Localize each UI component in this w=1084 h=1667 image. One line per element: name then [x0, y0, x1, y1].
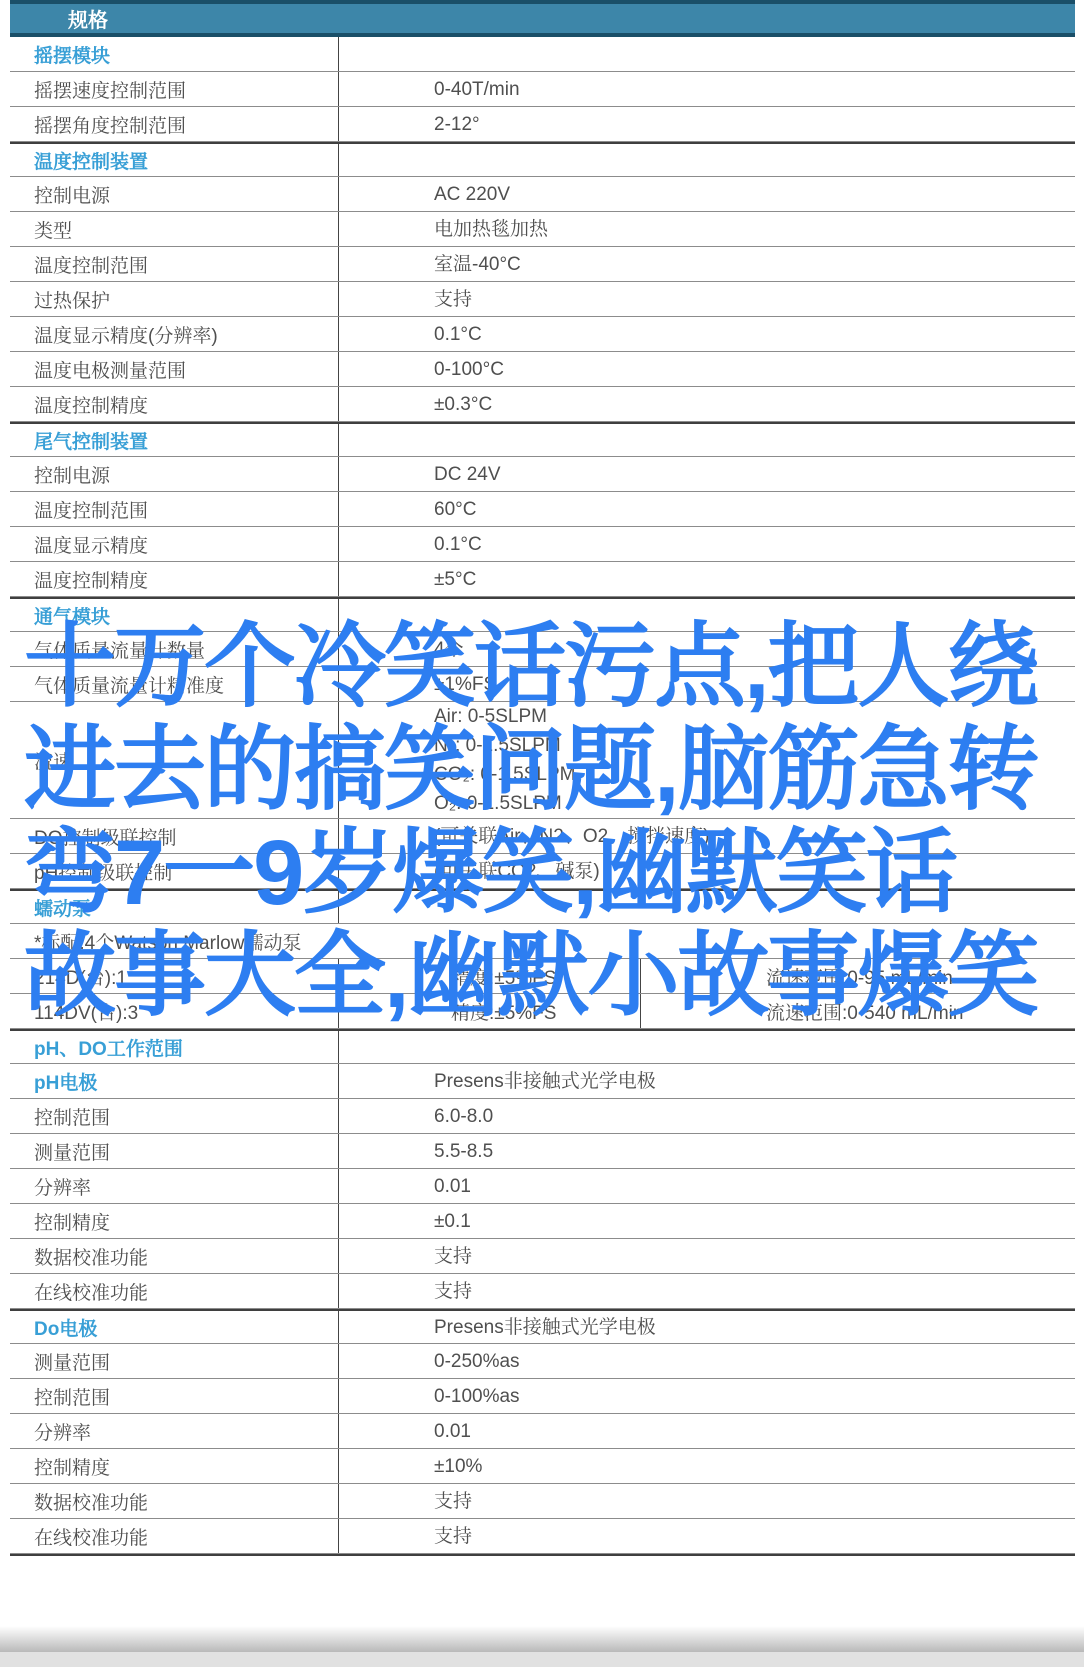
spec-header-bar: 规格 — [10, 0, 1075, 37]
row-value: 0.01 — [338, 1414, 1075, 1448]
row-value: 6.0-8.0 — [338, 1099, 1075, 1133]
row-label: 控制电源 — [10, 457, 338, 491]
table-row: 温度电极测量范围0-100°C — [10, 352, 1075, 387]
row-value: 0-100°C — [338, 352, 1075, 386]
overlay-title-line: 故事大全,幽默小故事爆笑 — [24, 925, 1038, 1028]
row-value: 支持 — [338, 282, 1075, 316]
table-row: 分辨率0.01 — [10, 1414, 1075, 1449]
row-label: 控制精度 — [10, 1204, 338, 1238]
table-row: 温度控制范围60°C — [10, 492, 1075, 527]
section-row: pH、DO工作范围 — [10, 1029, 1075, 1064]
row-value: 0.1°C — [338, 317, 1075, 351]
overlay-title: 十万个冷笑话污点,把人绕进去的搞笑问题,脑筋急转弯7一9岁爆笑,幽默笑话故事大全… — [24, 616, 1038, 1028]
row-label: 测量范围 — [10, 1344, 338, 1378]
row-value: 0-40T/min — [338, 72, 1075, 106]
table-row: 温度控制精度±5°C — [10, 562, 1075, 597]
row-value: 2-12° — [338, 107, 1075, 141]
section-label: 尾气控制装置 — [10, 424, 338, 456]
row-value: ±5°C — [338, 562, 1075, 596]
section-label: pH电极 — [10, 1064, 338, 1098]
table-row: 控制电源DC 24V — [10, 457, 1075, 492]
overlay-title-line: 弯7一9岁爆笑,幽默笑话 — [24, 822, 1038, 925]
row-value: Presens非接触式光学电极 — [338, 1064, 1075, 1098]
table-row: 类型电加热毯加热 — [10, 212, 1075, 247]
table-row: 控制电源AC 220V — [10, 177, 1075, 212]
table-row: 分辨率0.01 — [10, 1169, 1075, 1204]
row-value: 支持 — [338, 1239, 1075, 1273]
table-row: 测量范围0-250%as — [10, 1344, 1075, 1379]
row-label: 摇摆速度控制范围 — [10, 72, 338, 106]
row-value: 支持 — [338, 1484, 1075, 1518]
table-row: 数据校准功能支持 — [10, 1239, 1075, 1274]
row-value: Presens非接触式光学电极 — [338, 1311, 1075, 1343]
row-label: 类型 — [10, 212, 338, 246]
section-row: 温度控制装置 — [10, 142, 1075, 177]
overlay-title-line: 进去的搞笑问题,脑筋急转 — [24, 719, 1038, 822]
page-title: 规格 — [68, 4, 108, 33]
overlay-title-line: 十万个冷笑话污点,把人绕 — [24, 616, 1038, 719]
row-value: 0.01 — [338, 1169, 1075, 1203]
row-label: 控制电源 — [10, 177, 338, 211]
row-value: ±0.3°C — [338, 387, 1075, 421]
row-label: 控制范围 — [10, 1379, 338, 1413]
row-label: 数据校准功能 — [10, 1239, 338, 1273]
row-label: 分辨率 — [10, 1414, 338, 1448]
table-row: 测量范围5.5-8.5 — [10, 1134, 1075, 1169]
row-value: DC 24V — [338, 457, 1075, 491]
row-label: 控制精度 — [10, 1449, 338, 1483]
section-row: 摇摆模块 — [10, 37, 1075, 72]
row-value: 0-100%as — [338, 1379, 1075, 1413]
section-label: pH、DO工作范围 — [10, 1031, 338, 1063]
section-label: 温度控制装置 — [10, 144, 338, 176]
footer-strip — [0, 1652, 1084, 1667]
row-label: 温度显示精度(分辨率) — [10, 317, 338, 351]
row-label: 温度控制精度 — [10, 387, 338, 421]
row-label: 温度电极测量范围 — [10, 352, 338, 386]
row-value: 60°C — [338, 492, 1075, 526]
section-label: Do电极 — [10, 1311, 338, 1343]
row-value: 室温-40°C — [338, 247, 1075, 281]
row-value — [338, 1031, 1075, 1063]
row-value — [338, 144, 1075, 176]
row-value: 0.1°C — [338, 527, 1075, 561]
row-value: 电加热毯加热 — [338, 212, 1075, 246]
row-value: 0-250%as — [338, 1344, 1075, 1378]
row-label: 温度控制范围 — [10, 492, 338, 526]
row-label: 在线校准功能 — [10, 1274, 338, 1308]
row-value — [338, 424, 1075, 456]
row-label: 温度显示精度 — [10, 527, 338, 561]
table-row: 控制精度±0.1 — [10, 1204, 1075, 1239]
footer-gradient-band — [0, 1626, 1084, 1652]
table-row: 摇摆速度控制范围0-40T/min — [10, 72, 1075, 107]
row-value — [338, 37, 1075, 71]
section-row: 尾气控制装置 — [10, 422, 1075, 457]
section-label: 摇摆模块 — [10, 37, 338, 71]
table-row: 温度控制范围室温-40°C — [10, 247, 1075, 282]
row-label: 数据校准功能 — [10, 1484, 338, 1518]
row-label: 分辨率 — [10, 1169, 338, 1203]
table-row: 在线校准功能支持 — [10, 1519, 1075, 1554]
row-value: AC 220V — [338, 177, 1075, 211]
row-value: ±10% — [338, 1449, 1075, 1483]
row-label: 温度控制精度 — [10, 562, 338, 596]
row-label: 过热保护 — [10, 282, 338, 316]
row-value: 支持 — [338, 1274, 1075, 1308]
table-row: 控制精度±10% — [10, 1449, 1075, 1484]
table-row: 过热保护支持 — [10, 282, 1075, 317]
table-row: 在线校准功能支持 — [10, 1274, 1075, 1309]
table-row: 温度显示精度(分辨率)0.1°C — [10, 317, 1075, 352]
row-label: 在线校准功能 — [10, 1519, 338, 1553]
row-label: 控制范围 — [10, 1099, 338, 1133]
table-row: 温度控制精度±0.3°C — [10, 387, 1075, 422]
table-row: 摇摆角度控制范围2-12° — [10, 107, 1075, 142]
row-value: 支持 — [338, 1519, 1075, 1553]
table-row: 控制范围0-100%as — [10, 1379, 1075, 1414]
table-row: 控制范围6.0-8.0 — [10, 1099, 1075, 1134]
table-row: Do电极Presens非接触式光学电极 — [10, 1309, 1075, 1344]
row-value: 5.5-8.5 — [338, 1134, 1075, 1168]
row-label: 测量范围 — [10, 1134, 338, 1168]
row-value: ±0.1 — [338, 1204, 1075, 1238]
row-label: 温度控制范围 — [10, 247, 338, 281]
table-row: 温度显示精度0.1°C — [10, 527, 1075, 562]
table-row: 数据校准功能支持 — [10, 1484, 1075, 1519]
row-label: 摇摆角度控制范围 — [10, 107, 338, 141]
table-row: pH电极Presens非接触式光学电极 — [10, 1064, 1075, 1099]
